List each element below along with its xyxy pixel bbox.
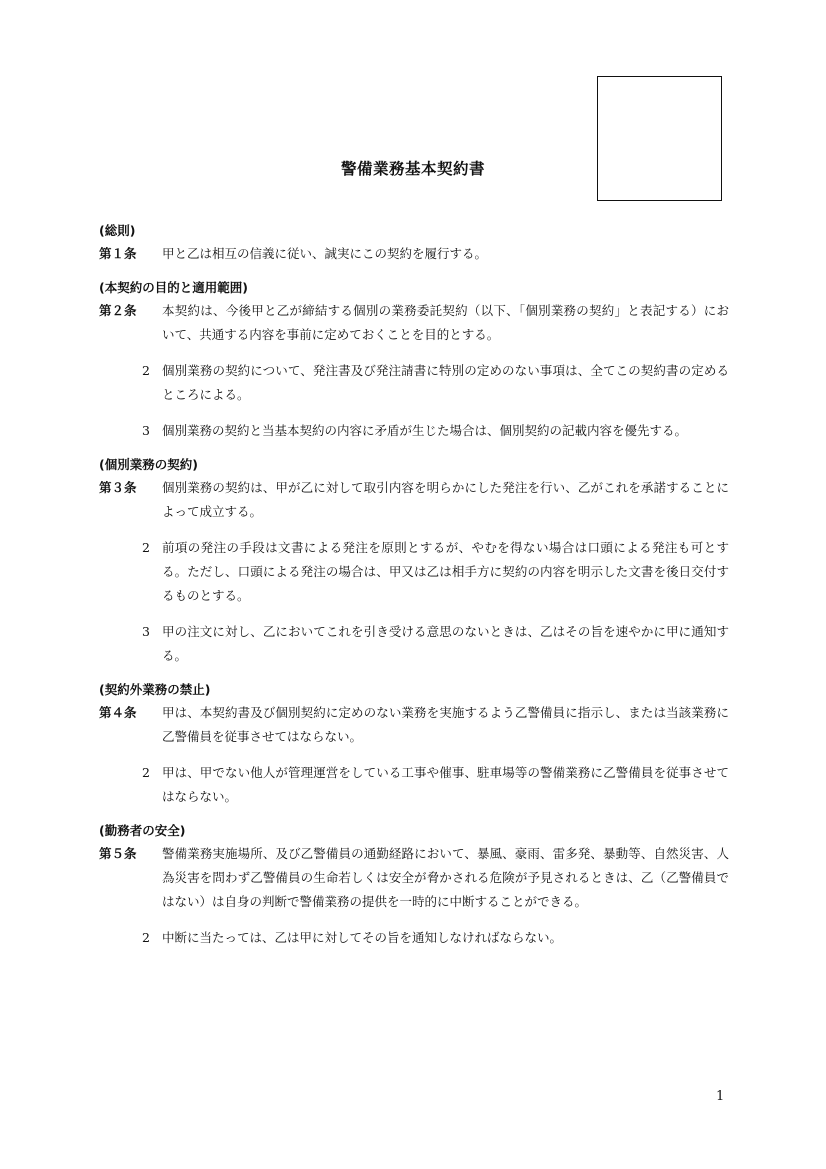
article-paragraph: 第２条 本契約は、今後甲と乙が締結する個別の業務委託契約（以下、「個別業務の契約… <box>99 299 729 347</box>
article-label: 第３条 <box>99 476 162 524</box>
article-text: 本契約は、今後甲と乙が締結する個別の業務委託契約（以下、「個別業務の契約」と表記… <box>162 299 729 347</box>
article-label: 第５条 <box>99 842 162 914</box>
document-body: (総則) 第１条 甲と乙は相互の信義に従い、誠実にこの契約を履行する。 (本契約… <box>99 220 729 961</box>
clause-text: 個別業務の契約と当基本契約の内容に矛盾が生じた場合は、個別契約の記載内容を優先す… <box>162 419 729 443</box>
article-label: 第２条 <box>99 299 162 347</box>
article-text: 個別業務の契約は、甲が乙に対して取引内容を明らかにした発注を行い、乙がこれを承諾… <box>162 476 729 524</box>
clause-text: 甲は、甲でない他人が管理運営をしている工事や催事、駐車場等の警備業務に乙警備員を… <box>162 761 729 809</box>
article-text: 甲と乙は相互の信義に従い、誠実にこの契約を履行する。 <box>162 242 729 266</box>
article-paragraph: 第５条 警備業務実施場所、及び乙警備員の通勤経路において、暴風、豪雨、雷多発、暴… <box>99 842 729 914</box>
page-number: 1 <box>716 1089 724 1104</box>
section-article-5: (勤務者の安全) 第５条 警備業務実施場所、及び乙警備員の通勤経路において、暴風… <box>99 820 729 950</box>
section-article-2: (本契約の目的と適用範囲) 第２条 本契約は、今後甲と乙が締結する個別の業務委託… <box>99 277 729 443</box>
clause-number: 3 <box>99 620 162 668</box>
seal-stamp-box <box>597 76 722 201</box>
article-label: 第１条 <box>99 242 162 266</box>
clause-number: 3 <box>99 419 162 443</box>
clause-paragraph: 3 個別業務の契約と当基本契約の内容に矛盾が生じた場合は、個別契約の記載内容を優… <box>99 419 729 443</box>
clause-paragraph: 2 甲は、甲でない他人が管理運営をしている工事や催事、駐車場等の警備業務に乙警備… <box>99 761 729 809</box>
clause-number: 2 <box>99 926 162 950</box>
section-article-3: (個別業務の契約) 第３条 個別業務の契約は、甲が乙に対して取引内容を明らかにし… <box>99 454 729 668</box>
article-heading: (契約外業務の禁止) <box>99 679 729 701</box>
article-heading: (本契約の目的と適用範囲) <box>99 277 729 299</box>
article-heading: (勤務者の安全) <box>99 820 729 842</box>
clause-text: 前項の発注の手段は文書による発注を原則とするが、やむを得ない場合は口頭による発注… <box>162 536 729 608</box>
clause-text: 中断に当たっては、乙は甲に対してその旨を通知しなければならない。 <box>162 926 729 950</box>
section-article-4: (契約外業務の禁止) 第４条 甲は、本契約書及び個別契約に定めのない業務を実施す… <box>99 679 729 809</box>
article-paragraph: 第３条 個別業務の契約は、甲が乙に対して取引内容を明らかにした発注を行い、乙がこ… <box>99 476 729 524</box>
clause-paragraph: 2 個別業務の契約について、発注書及び発注請書に特別の定めのない事項は、全てこの… <box>99 359 729 407</box>
clause-text: 個別業務の契約について、発注書及び発注請書に特別の定めのない事項は、全てこの契約… <box>162 359 729 407</box>
clause-number: 2 <box>99 761 162 809</box>
article-heading: (個別業務の契約) <box>99 454 729 476</box>
article-text: 警備業務実施場所、及び乙警備員の通勤経路において、暴風、豪雨、雷多発、暴動等、自… <box>162 842 729 914</box>
document-page: 警備業務基本契約書 (総則) 第１条 甲と乙は相互の信義に従い、誠実にこの契約を… <box>0 0 826 1169</box>
document-title: 警備業務基本契約書 <box>0 157 826 179</box>
clause-number: 2 <box>99 536 162 608</box>
article-label: 第４条 <box>99 701 162 749</box>
article-heading: (総則) <box>99 220 729 242</box>
article-text: 甲は、本契約書及び個別契約に定めのない業務を実施するよう乙警備員に指示し、または… <box>162 701 729 749</box>
clause-paragraph: 3 甲の注文に対し、乙においてこれを引き受ける意思のないときは、乙はその旨を速や… <box>99 620 729 668</box>
clause-paragraph: 2 中断に当たっては、乙は甲に対してその旨を通知しなければならない。 <box>99 926 729 950</box>
clause-paragraph: 2 前項の発注の手段は文書による発注を原則とするが、やむを得ない場合は口頭による… <box>99 536 729 608</box>
clause-number: 2 <box>99 359 162 407</box>
article-paragraph: 第４条 甲は、本契約書及び個別契約に定めのない業務を実施するよう乙警備員に指示し… <box>99 701 729 749</box>
article-paragraph: 第１条 甲と乙は相互の信義に従い、誠実にこの契約を履行する。 <box>99 242 729 266</box>
section-article-1: (総則) 第１条 甲と乙は相互の信義に従い、誠実にこの契約を履行する。 <box>99 220 729 266</box>
clause-text: 甲の注文に対し、乙においてこれを引き受ける意思のないときは、乙はその旨を速やかに… <box>162 620 729 668</box>
